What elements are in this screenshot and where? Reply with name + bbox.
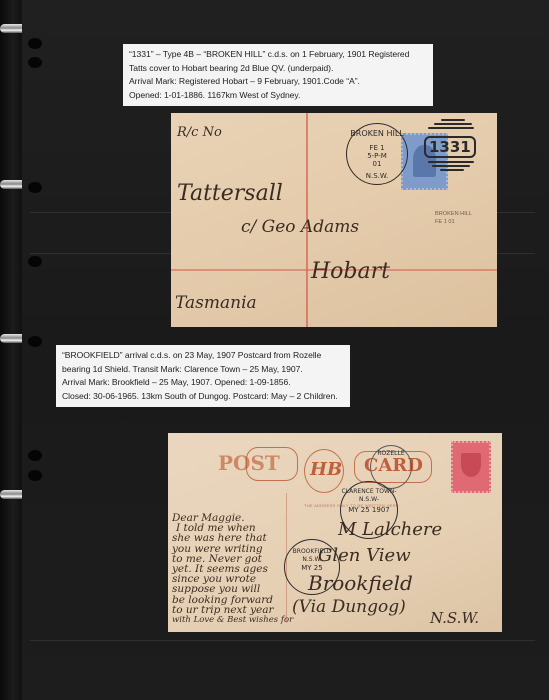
caption-line: Arrival Mark: Brookfield – 25 May, 1907.… <box>62 376 344 390</box>
punch-hole <box>28 336 42 347</box>
registered-cover: R/c No Tattersall c/ Geo Adams Hobart Ta… <box>171 113 497 327</box>
punch-hole <box>28 57 42 68</box>
numeral-cancel-bars <box>428 119 478 131</box>
caption-line: “1331” – Type 4B – “BROKEN HILL” c.d.s. … <box>129 48 427 62</box>
postmark-time: 5-P-M <box>347 152 407 160</box>
postmark-date: MY 25 <box>285 564 339 572</box>
address-line: Hobart <box>311 259 390 284</box>
stamp-1d-shield <box>451 441 491 493</box>
message-line: to ur trip next year <box>172 605 302 615</box>
address-line: Tattersall <box>177 181 283 206</box>
address-line: Tasmania <box>175 293 257 313</box>
punch-hole <box>28 38 42 49</box>
punch-hole <box>28 450 42 461</box>
caption-line: Opened: 1-01-1886. 1167km West of Sydney… <box>129 89 427 103</box>
binder-spine <box>0 0 22 700</box>
punch-hole <box>28 470 42 481</box>
message-text: Dear Maggie. I told me when she was here… <box>172 513 302 625</box>
corner-note: R/c No <box>177 125 222 140</box>
caption-line: Arrival Mark: Registered Hobart – 9 Febr… <box>129 75 427 89</box>
address-line: c/ Geo Adams <box>241 217 359 237</box>
caption-brookfield: “BROOKFIELD” arrival c.d.s. on 23 May, 1… <box>56 345 350 407</box>
postmark-date: FE 1 <box>347 144 407 152</box>
numeral-cancel-bars <box>428 161 478 173</box>
punch-hole <box>28 182 42 193</box>
postcard-heading-post: POST <box>218 451 280 475</box>
postcard: POST HB CARD THE ADDRESS ONLY TO BE WRIT… <box>168 433 502 632</box>
shield-icon <box>461 453 481 477</box>
message-line: with Love & Best wishes for <box>172 615 302 625</box>
pencil-line: BROKEN HILL <box>435 210 472 218</box>
pencil-line: FE 1 01 <box>435 218 472 226</box>
caption-line: Tatts cover to Hobart bearing 2d Blue QV… <box>129 62 427 76</box>
address-line: N.S.W. <box>430 609 479 627</box>
caption-line: “BROOKFIELD” arrival c.d.s. on 23 May, 1… <box>62 349 344 363</box>
punch-hole <box>28 256 42 267</box>
postmark-town: CLARENCE TOWN-N.S.W- <box>341 488 397 504</box>
address-line: (Via Dungog) <box>292 597 406 617</box>
postmark-town: BROOKFIELD N.S.W. <box>285 548 339 564</box>
postmark-year: 01 <box>347 160 407 168</box>
brookfield-cds: BROOKFIELD N.S.W. MY 25 <box>284 539 340 595</box>
pencil-annotation: BROKEN HILL FE 1 01 <box>435 210 472 226</box>
caption-broken-hill: “1331” – Type 4B – “BROKEN HILL” c.d.s. … <box>123 44 433 106</box>
postmark-date: MY 25 1907 <box>341 506 397 514</box>
postmark-town: ROZELLE <box>371 450 411 458</box>
clarence-town-cds: CLARENCE TOWN-N.S.W- MY 25 1907 <box>340 481 398 539</box>
numeral-cancel: 1331 <box>424 136 476 158</box>
caption-line: bearing 1d Shield. Transit Mark: Clarenc… <box>62 363 344 377</box>
caption-line: Closed: 30-06-1965. 13km South of Dungog… <box>62 390 344 404</box>
broken-hill-cds: BROKEN HILL FE 1 5-P-M 01 N.S.W. <box>346 123 408 185</box>
postmark-town: BROKEN HILL <box>347 130 407 138</box>
page-strip-divider <box>30 640 535 641</box>
hb-monogram: HB <box>310 459 342 480</box>
postmark-state: N.S.W. <box>347 172 407 180</box>
